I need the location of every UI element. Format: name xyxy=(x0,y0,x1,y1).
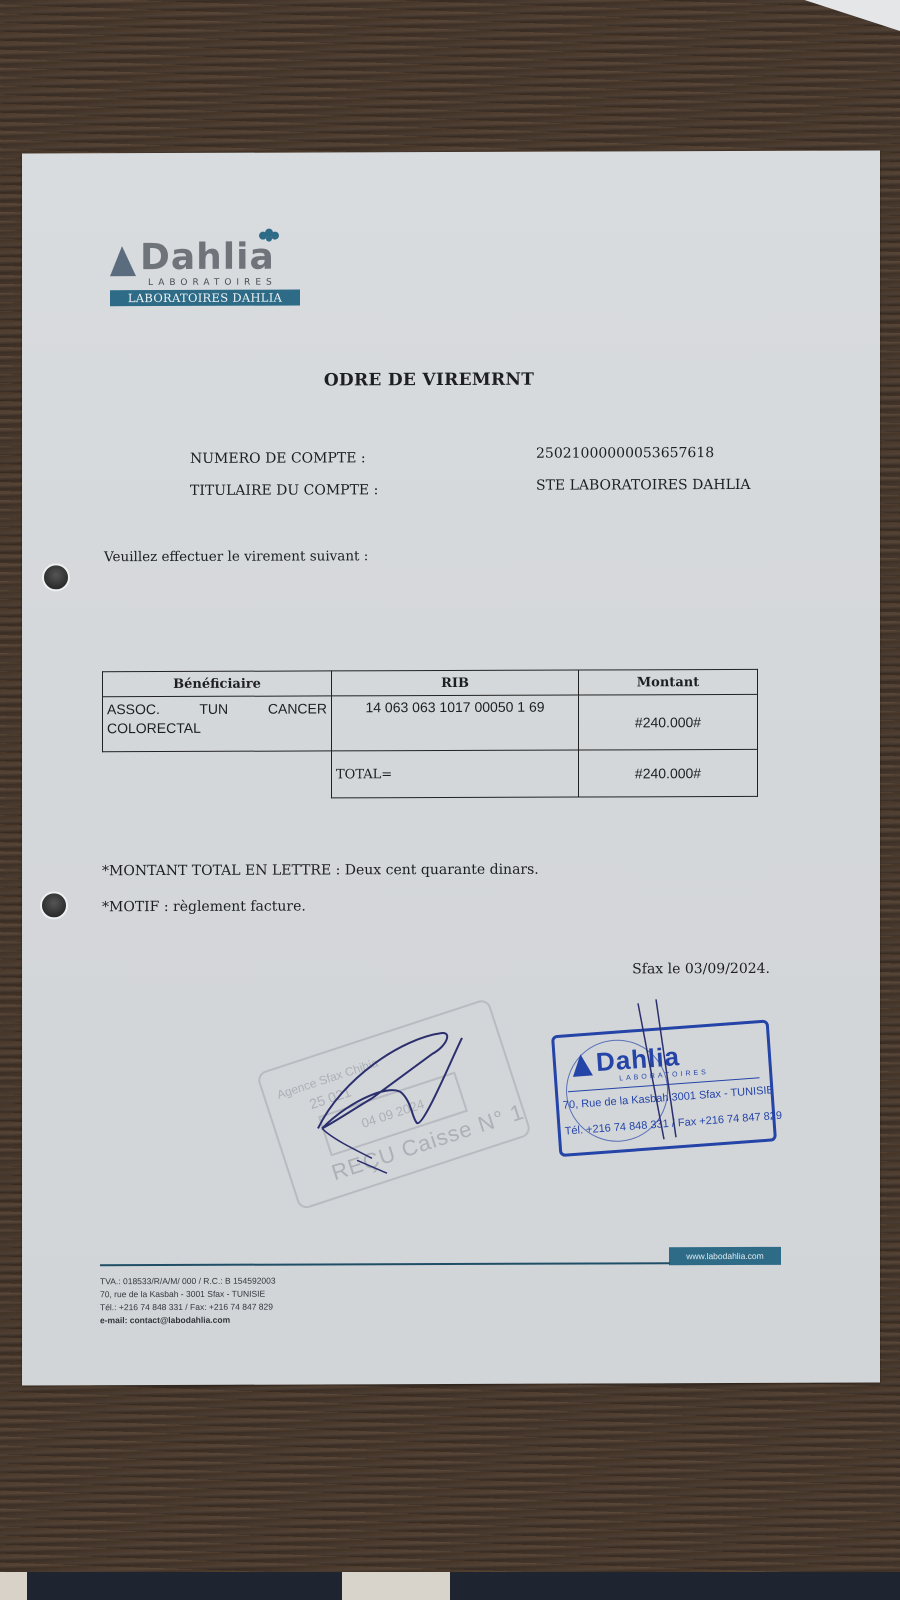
background-paper-corner xyxy=(796,0,900,40)
empty-cell xyxy=(103,751,332,799)
account-number-label: NUMERO DE COMPTE : xyxy=(190,450,366,467)
signature-company xyxy=(632,999,692,1149)
place-date: Sfax le 03/09/2024. xyxy=(632,961,770,977)
account-number-value: 25021000000053657618 xyxy=(536,445,714,462)
company-logo: Dahlia LABORATOIRES LABORATOIRES DAHLIA xyxy=(110,228,300,307)
transfer-table: Bénéficiaire RIB Montant ASSOC. TUN CANC… xyxy=(102,669,758,799)
logo-brand: Dahlia xyxy=(140,240,275,276)
transfer-order-document: Dahlia LABORATOIRES LABORATOIRES DAHLIA … xyxy=(22,151,880,1386)
background-bottom-strip xyxy=(0,1572,900,1600)
footer-address: 70, rue de la Kasbah - 3001 Sfax - TUNIS… xyxy=(100,1288,276,1302)
intro-text: Veuillez effectuer le virement suivant : xyxy=(104,548,368,565)
logo-tagline: LABORATOIRES xyxy=(148,278,300,289)
total-amount: #240.000# xyxy=(579,749,758,797)
dahlia-flower-icon xyxy=(257,228,281,248)
footer-email: e-mail: contact@labodahlia.com xyxy=(100,1314,276,1328)
amount-cell: #240.000# xyxy=(579,694,758,750)
punch-hole xyxy=(42,563,70,591)
column-header: Montant xyxy=(579,669,758,695)
total-label: TOTAL= xyxy=(332,750,579,798)
punch-hole xyxy=(40,891,68,919)
document-title: ODRE DE VIREMRNT xyxy=(22,369,836,392)
column-header: Bénéficiaire xyxy=(103,671,332,697)
footer-divider xyxy=(100,1262,670,1266)
transfer-motif: *MOTIF : règlement facture. xyxy=(102,899,306,916)
table-row: ASSOC. TUN CANCER COLORECTAL 14 063 063 … xyxy=(103,694,758,751)
footer-website: www.labodahlia.com xyxy=(669,1247,781,1265)
account-holder-value: STE LABORATOIRES DAHLIA xyxy=(536,477,751,494)
column-header: RIB xyxy=(332,670,579,696)
footer-phone-fax: Tél.: +216 74 848 331 / Fax: +216 74 847… xyxy=(100,1301,276,1315)
amount-in-words: *MONTANT TOTAL EN LETTRE : Deux cent qua… xyxy=(102,862,539,880)
logo-band: LABORATOIRES DAHLIA xyxy=(110,290,300,307)
total-row: TOTAL= #240.000# xyxy=(103,749,758,798)
rib-cell: 14 063 063 1017 00050 1 69 xyxy=(332,695,579,751)
account-holder-label: TITULAIRE DU COMPTE : xyxy=(190,482,378,499)
footer-info: TVA.: 018533/R/A/M/ 000 / R.C.: B 154592… xyxy=(100,1275,276,1328)
footer-tva-rc: TVA.: 018533/R/A/M/ 000 / R.C.: B 154592… xyxy=(100,1275,276,1289)
beneficiary-cell: ASSOC. TUN CANCER COLORECTAL xyxy=(103,696,332,752)
stamp-sail-icon xyxy=(571,1053,592,1076)
signature-bank xyxy=(312,998,492,1179)
logo-sail-icon xyxy=(110,246,136,276)
